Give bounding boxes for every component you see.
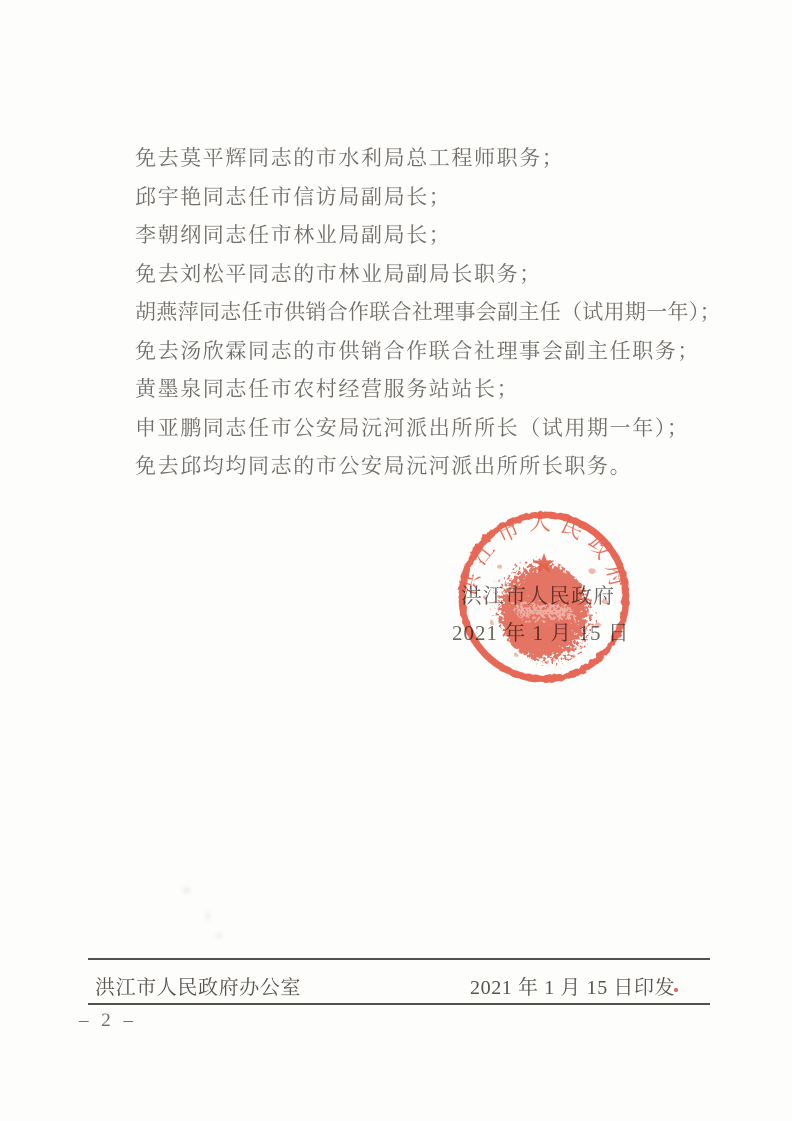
document-line: 胡燕萍同志任市供销合作联合社理事会副主任（试用期一年）；: [135, 293, 783, 332]
footer-red-dot: [674, 988, 678, 992]
footer-print-date: 2021 年 1 月 15 日印发: [470, 971, 675, 1000]
document-line: 邱宇艳同志任市信访局副局长；: [135, 178, 783, 217]
document-line: 申亚鹏同志任市公安局沅河派出所所长（试用期一年）；: [135, 409, 783, 448]
footer-issuing-office: 洪江市人民政府办公室: [95, 971, 301, 1000]
document-line: 免去莫平辉同志的市水利局总工程师职务；: [135, 139, 783, 178]
document-line: 李朝纲同志任市林业局副局长；: [135, 216, 783, 255]
footer-rule-top: [88, 958, 710, 960]
official-seal: 洪江市人民政府: [452, 505, 636, 689]
document-line: 免去刘松平同志的市林业局副局长职务；: [135, 255, 783, 294]
document-page: 免去莫平辉同志的市水利局总工程师职务；邱宇艳同志任市信访局副局长；李朝纲同志任市…: [0, 0, 792, 1121]
seal-emblem: [499, 564, 589, 660]
scan-smudge: [216, 933, 222, 938]
document-line: 黄墨泉同志任市农村经营服务站站长；: [135, 370, 783, 409]
document-line: 免去邱均均同志的市公安局沅河派出所所长职务。: [135, 447, 783, 486]
scan-smudge: [205, 912, 210, 920]
document-line: 免去汤欣霖同志的市供销合作联合社理事会副主任职务；: [135, 332, 783, 371]
scan-smudge: [183, 888, 190, 893]
document-body: 免去莫平辉同志的市水利局总工程师职务；邱宇艳同志任市信访局副局长；李朝纲同志任市…: [135, 139, 783, 486]
page-number: – 2 –: [79, 1010, 137, 1032]
footer-rule-bottom: [88, 1003, 710, 1005]
